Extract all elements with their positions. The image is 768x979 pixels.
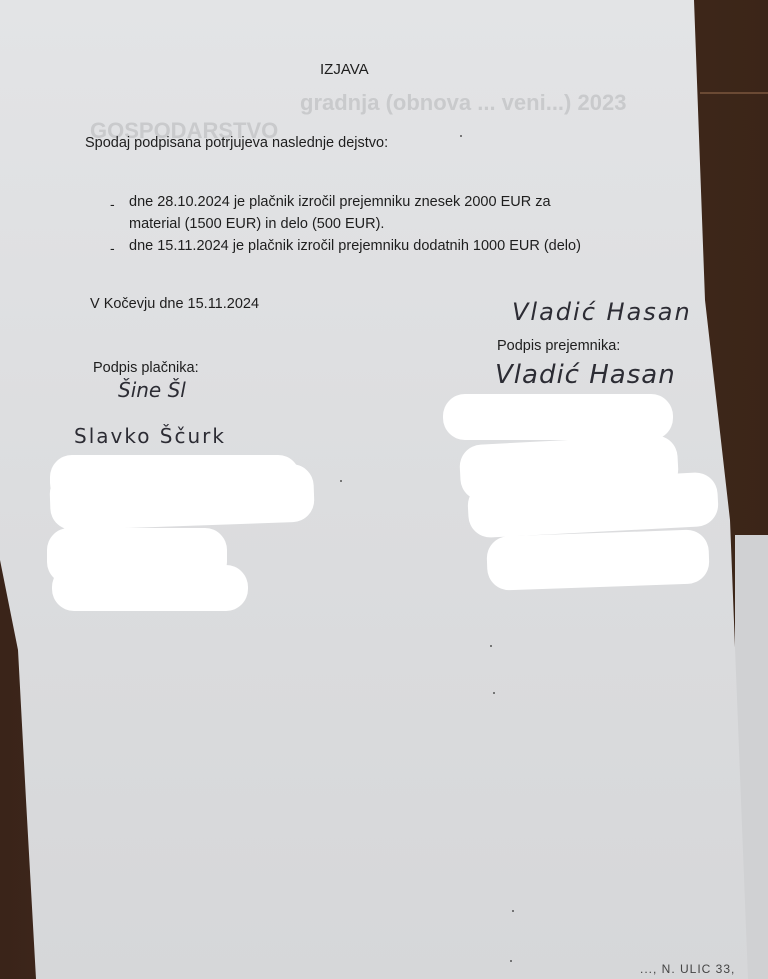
document-title: IZJAVA bbox=[320, 61, 369, 78]
intro-text: Spodaj podpisana potrjujeva naslednje de… bbox=[85, 135, 388, 151]
item-2-line-1: dne 15.11.2024 je plačnik izročil prejem… bbox=[129, 238, 581, 254]
payer-signature: Šine Šl bbox=[118, 378, 186, 402]
item-1-line-1: dne 28.10.2024 je plačnik izročil prejem… bbox=[129, 194, 551, 210]
speck bbox=[490, 645, 492, 647]
redaction bbox=[486, 529, 710, 591]
bullet: - bbox=[110, 240, 115, 256]
document-page: gradnja (obnova ... veni...) 2023 GOSPOD… bbox=[0, 0, 768, 979]
payer-name-handwritten: Slavko Ščurk bbox=[74, 424, 226, 448]
speck bbox=[510, 960, 512, 962]
place-date: V Kočevju dne 15.11.2024 bbox=[90, 296, 259, 312]
bullet: - bbox=[110, 196, 115, 212]
table-edge bbox=[700, 92, 768, 94]
payer-label: Podpis plačnika: bbox=[93, 360, 199, 376]
speck bbox=[493, 692, 495, 694]
redaction bbox=[443, 394, 673, 440]
speck bbox=[340, 480, 342, 482]
bleed-through-text: gradnja (obnova ... veni...) 2023 bbox=[300, 90, 626, 116]
footer-partial-text: ..., N. ULIC 33, bbox=[640, 962, 735, 976]
redaction bbox=[49, 463, 315, 530]
redaction bbox=[52, 565, 248, 611]
recipient-signature: Vladić Hasan bbox=[495, 360, 676, 390]
item-1-line-2: material (1500 EUR) in delo (500 EUR). bbox=[129, 216, 384, 232]
recipient-label: Podpis prejemnika: bbox=[497, 338, 620, 354]
recipient-name-handwritten: Vladić Hasan bbox=[512, 298, 692, 326]
speck bbox=[460, 135, 462, 137]
speck bbox=[512, 910, 514, 912]
